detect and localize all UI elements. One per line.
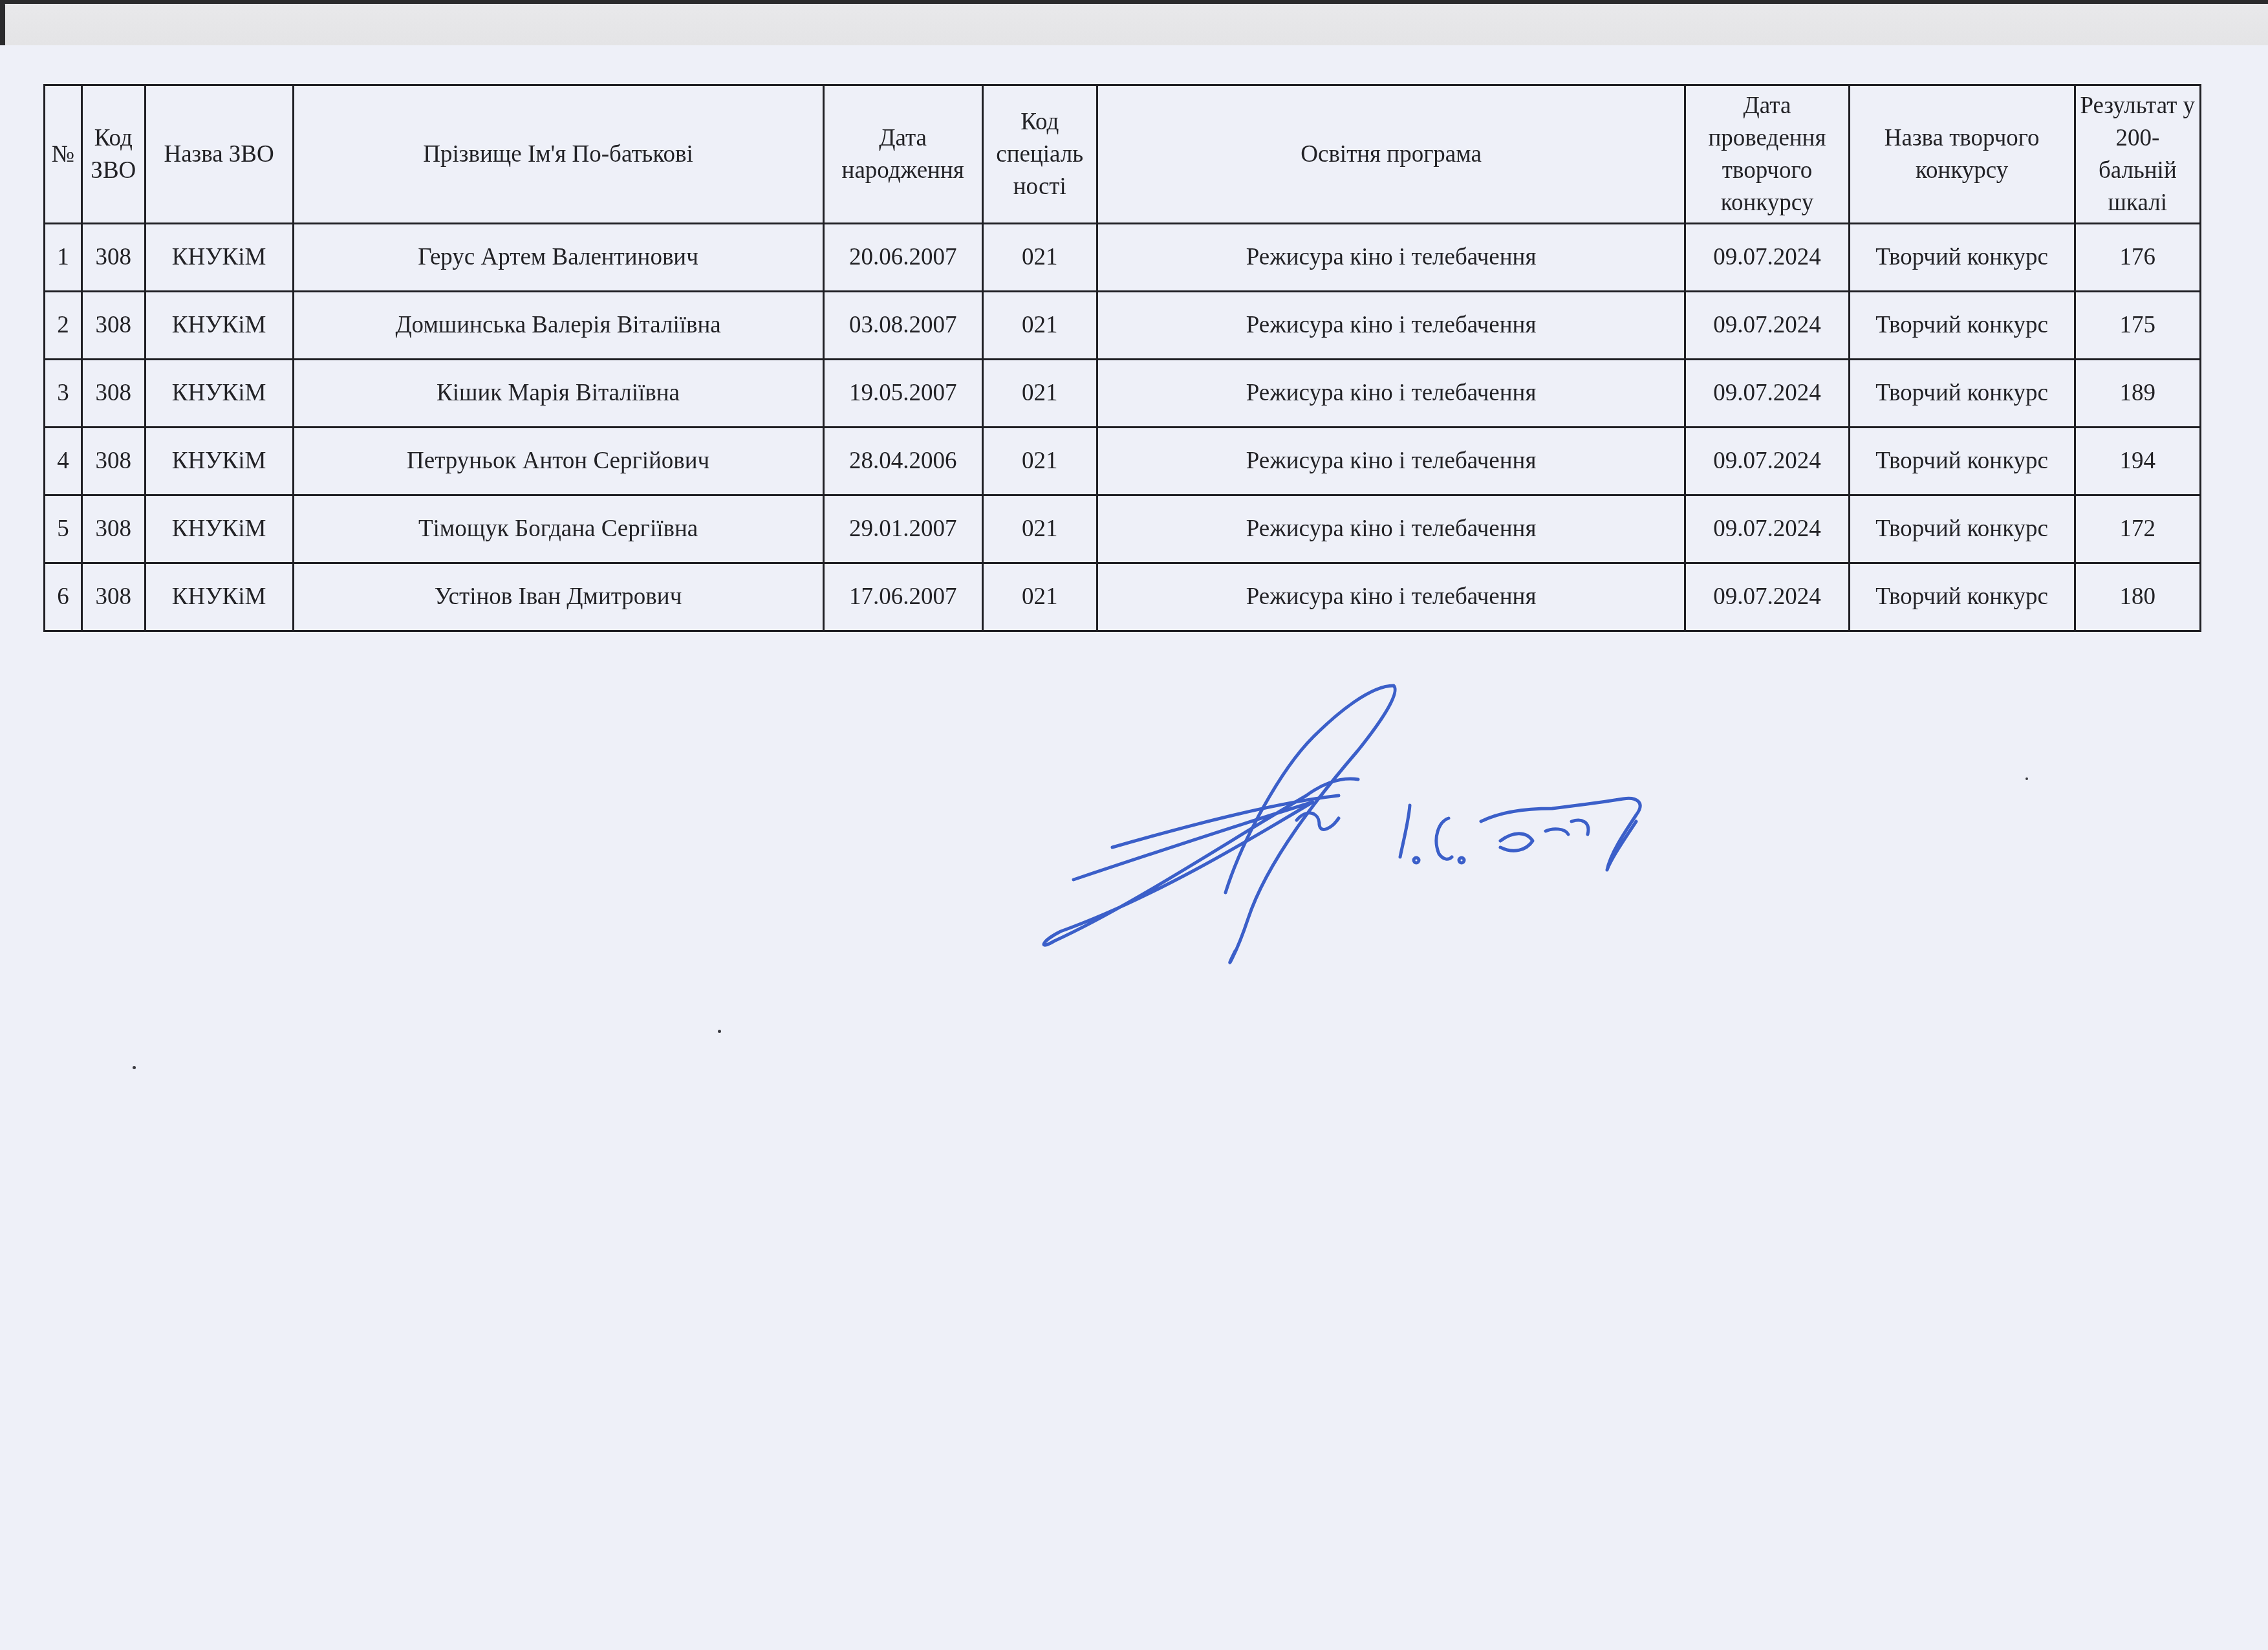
cell-birth-date: 28.04.2006 (823, 428, 982, 495)
scanner-border-left (0, 0, 5, 45)
cell-contest-date: 09.07.2024 (1685, 428, 1849, 495)
cell-specialty-code: 021 (982, 224, 1097, 292)
cell-score: 180 (2075, 563, 2200, 631)
cell-specialty-code: 021 (982, 428, 1097, 495)
header-birth-date: Дата народження (823, 85, 982, 224)
header-program: Освітня програма (1097, 85, 1685, 224)
header-specialty-code: Код спеціаль ності (982, 85, 1097, 224)
table-row: 6308КНУКіМУстінов Іван Дмитрович17.06.20… (45, 563, 2201, 631)
cell-institution-name: КНУКіМ (145, 495, 293, 563)
scan-speck (2025, 777, 2028, 780)
cell-program: Режисура кіно і телебачення (1097, 563, 1685, 631)
table-row: 2308КНУКіМДомшинська Валерія Віталіївна0… (45, 292, 2201, 360)
cell-institution-code: 308 (81, 495, 145, 563)
cell-birth-date: 17.06.2007 (823, 563, 982, 631)
cell-institution-code: 308 (81, 224, 145, 292)
cell-full-name: Герус Артем Валентинович (293, 224, 823, 292)
cell-contest-date: 09.07.2024 (1685, 292, 1849, 360)
cell-score: 194 (2075, 428, 2200, 495)
cell-full-name: Устінов Іван Дмитрович (293, 563, 823, 631)
table-header-row: № Код ЗВО Назва ЗВО Прізвище Ім'я По-бат… (45, 85, 2201, 224)
scanner-border-top (0, 0, 2268, 4)
cell-specialty-code: 021 (982, 360, 1097, 428)
cell-specialty-code: 021 (982, 292, 1097, 360)
cell-institution-name: КНУКіМ (145, 360, 293, 428)
cell-program: Режисура кіно і телебачення (1097, 428, 1685, 495)
cell-contest-name: Творчий конкурс (1849, 428, 2075, 495)
cell-full-name: Кішик Марія Віталіївна (293, 360, 823, 428)
cell-institution-code: 308 (81, 428, 145, 495)
cell-contest-name: Творчий конкурс (1849, 292, 2075, 360)
scan-speck (718, 1030, 721, 1033)
scanner-edge (0, 0, 2268, 46)
cell-contest-date: 09.07.2024 (1685, 563, 1849, 631)
cell-contest-date: 09.07.2024 (1685, 360, 1849, 428)
signature-icon (1035, 647, 2069, 1061)
cell-contest-date: 09.07.2024 (1685, 224, 1849, 292)
cell-row-number: 5 (45, 495, 82, 563)
table-row: 1308КНУКіМГерус Артем Валентинович20.06.… (45, 224, 2201, 292)
cell-full-name: Домшинська Валерія Віталіївна (293, 292, 823, 360)
cell-contest-name: Творчий конкурс (1849, 563, 2075, 631)
cell-row-number: 6 (45, 563, 82, 631)
cell-institution-name: КНУКіМ (145, 224, 293, 292)
cell-score: 189 (2075, 360, 2200, 428)
table-row: 3308КНУКіМКішик Марія Віталіївна19.05.20… (45, 360, 2201, 428)
cell-institution-name: КНУКіМ (145, 292, 293, 360)
cell-contest-name: Творчий конкурс (1849, 360, 2075, 428)
table-row: 4308КНУКіМПетруньок Антон Сергійович28.0… (45, 428, 2201, 495)
cell-program: Режисура кіно і телебачення (1097, 360, 1685, 428)
cell-score: 176 (2075, 224, 2200, 292)
scan-speck (133, 1066, 136, 1069)
cell-program: Режисура кіно і телебачення (1097, 495, 1685, 563)
cell-birth-date: 20.06.2007 (823, 224, 982, 292)
header-institution-code: Код ЗВО (81, 85, 145, 224)
cell-specialty-code: 021 (982, 495, 1097, 563)
header-contest-name: Назва творчого конкурсу (1849, 85, 2075, 224)
cell-birth-date: 19.05.2007 (823, 360, 982, 428)
header-contest-date: Дата проведення творчого конкурсу (1685, 85, 1849, 224)
table-body: 1308КНУКіМГерус Артем Валентинович20.06.… (45, 224, 2201, 631)
cell-contest-date: 09.07.2024 (1685, 495, 1849, 563)
cell-row-number: 3 (45, 360, 82, 428)
cell-row-number: 2 (45, 292, 82, 360)
cell-institution-name: КНУКіМ (145, 563, 293, 631)
header-institution-name: Назва ЗВО (145, 85, 293, 224)
header-full-name: Прізвище Ім'я По-батькові (293, 85, 823, 224)
cell-program: Режисура кіно і телебачення (1097, 292, 1685, 360)
cell-institution-name: КНУКіМ (145, 428, 293, 495)
cell-birth-date: 03.08.2007 (823, 292, 982, 360)
cell-row-number: 4 (45, 428, 82, 495)
table-row: 5308КНУКіМТімощук Богдана Сергіївна29.01… (45, 495, 2201, 563)
cell-specialty-code: 021 (982, 563, 1097, 631)
cell-institution-code: 308 (81, 360, 145, 428)
cell-institution-code: 308 (81, 292, 145, 360)
cell-full-name: Петруньок Антон Сергійович (293, 428, 823, 495)
cell-program: Режисура кіно і телебачення (1097, 224, 1685, 292)
cell-row-number: 1 (45, 224, 82, 292)
results-table: № Код ЗВО Назва ЗВО Прізвище Ім'я По-бат… (43, 84, 2201, 632)
cell-contest-name: Творчий конкурс (1849, 495, 2075, 563)
header-score: Результат у 200-бальній шкалі (2075, 85, 2200, 224)
cell-contest-name: Творчий конкурс (1849, 224, 2075, 292)
cell-score: 172 (2075, 495, 2200, 563)
cell-institution-code: 308 (81, 563, 145, 631)
cell-full-name: Тімощук Богдана Сергіївна (293, 495, 823, 563)
cell-birth-date: 29.01.2007 (823, 495, 982, 563)
header-number: № (45, 85, 82, 224)
cell-score: 175 (2075, 292, 2200, 360)
